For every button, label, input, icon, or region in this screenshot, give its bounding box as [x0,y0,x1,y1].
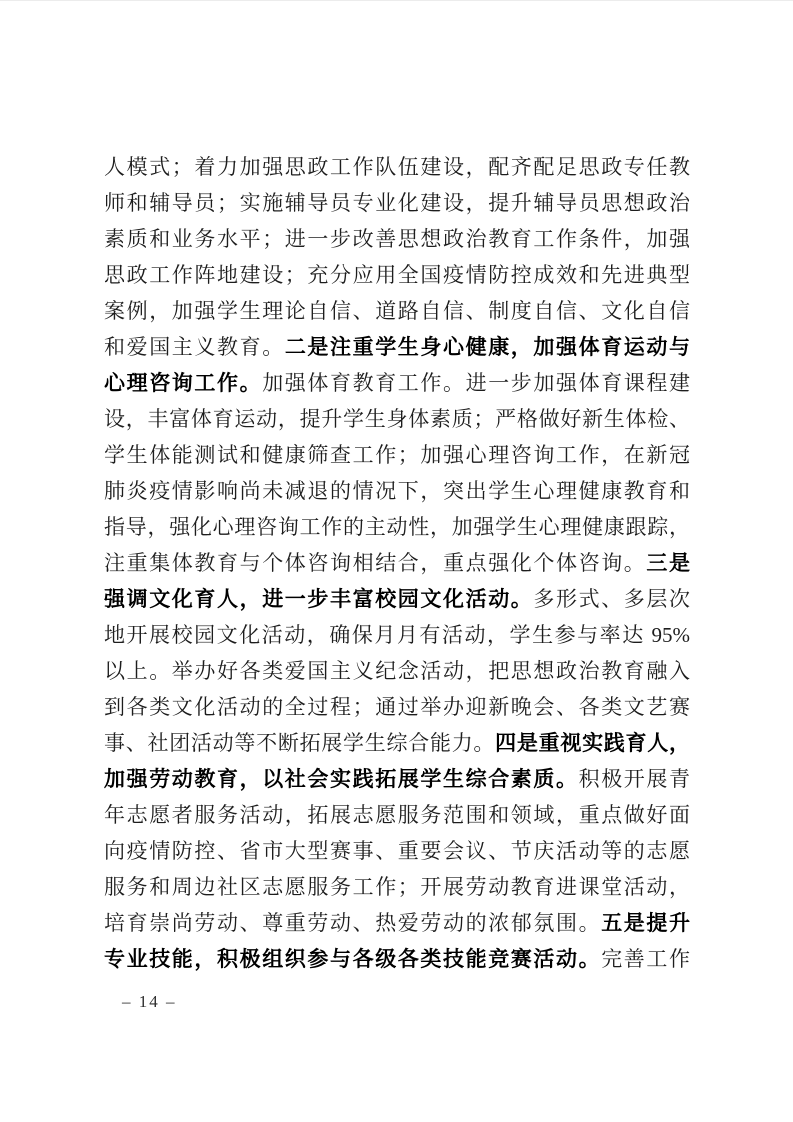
text-line: 注重集体教育与个体咨询相结合，重点强化个体咨询。三是 [104,545,690,581]
text-line: 设，丰富体育运动，提升学生身体素质；严格做好新生体检、 [104,401,690,437]
text-segment: 注重集体教育与个体咨询相结合，重点强化个体咨询。 [104,551,646,575]
text-line: 培育崇尚劳动、尊重劳动、热爱劳动的浓郁氛围。五是提升 [104,905,690,941]
text-segment: 指导，强化心理咨询工作的主动性，加强学生心理健康跟踪， [104,515,690,539]
page-number: – 14 – [122,991,177,1013]
emphasis-segment: 专业技能，积极组织参与各级各类技能竞赛活动。 [104,947,601,971]
emphasis-segment: 四是重视实践育人， [495,731,690,755]
text-segment: 以上。举办好各类爱国主义纪念活动，把思想政治教育融入 [104,659,690,683]
text-segment: 师和辅导员；实施辅导员专业化建设，提升辅导员思想政治 [104,191,690,215]
text-segment: 学生体能测试和健康筛查工作；加强心理咨询工作，在新冠 [104,443,690,467]
text-segment: 设，丰富体育运动，提升学生身体素质；严格做好新生体检、 [104,407,690,431]
emphasis-segment: 三是 [646,551,690,575]
text-segment: 案例，加强学生理论自信、道路自信、制度自信、文化自信 [104,299,690,323]
text-line: 学生体能测试和健康筛查工作；加强心理咨询工作，在新冠 [104,437,690,473]
text-line: 以上。举办好各类爱国主义纪念活动，把思想政治教育融入 [104,653,690,689]
text-line: 年志愿者服务活动，拓展志愿服务范围和领域，重点做好面 [104,797,690,833]
text-segment: 人模式；着力加强思政工作队伍建设，配齐配足思政专任教 [104,155,690,179]
text-segment: 肺炎疫情影响尚未减退的情况下，突出学生心理健康教育和 [104,479,690,503]
text-line: 素质和业务水平；进一步改善思想政治教育工作条件，加强 [104,221,690,257]
document-page: 人模式；着力加强思政工作队伍建设，配齐配足思政专任教 师和辅导员；实施辅导员专业… [0,0,793,1122]
emphasis-segment: 强调文化育人，进一步丰富校园文化活动。 [104,587,533,611]
text-segment: 培育崇尚劳动、尊重劳动、热爱劳动的浓郁氛围。 [104,911,601,935]
text-line: 师和辅导员；实施辅导员专业化建设，提升辅导员思想政治 [104,185,690,221]
text-segment: 到各类文化活动的全过程；通过举办迎新晚会、各类文艺赛 [104,695,690,719]
text-segment: 年志愿者服务活动，拓展志愿服务范围和领域，重点做好面 [104,803,690,827]
text-line: 加强劳动教育，以社会实践拓展学生综合素质。积极开展青 [104,761,690,797]
text-segment: 加强体育教育工作。进一步加强体育课程建 [262,371,690,395]
text-segment: 服务和周边社区志愿服务工作；开展劳动教育进课堂活动， [104,875,690,899]
text-line: 专业技能，积极组织参与各级各类技能竞赛活动。完善工作 [104,941,690,977]
text-line: 到各类文化活动的全过程；通过举办迎新晚会、各类文艺赛 [104,689,690,725]
text-segment: 地开展校园文化活动，确保月月有活动，学生参与率达 95% [104,623,690,647]
text-segment: 思政工作阵地建设；充分应用全国疫情防控成效和先进典型 [104,263,690,287]
text-line: 指导，强化心理咨询工作的主动性，加强学生心理健康跟踪， [104,509,690,545]
text-segment: 积极开展青 [579,767,690,791]
text-line: 思政工作阵地建设；充分应用全国疫情防控成效和先进典型 [104,257,690,293]
body-text: 人模式；着力加强思政工作队伍建设，配齐配足思政专任教 师和辅导员；实施辅导员专业… [104,149,690,977]
text-segment: 多形式、多层次 [533,587,690,611]
emphasis-segment: 心理咨询工作。 [104,371,262,395]
text-line: 强调文化育人，进一步丰富校园文化活动。多形式、多层次 [104,581,690,617]
text-line: 案例，加强学生理论自信、道路自信、制度自信、文化自信 [104,293,690,329]
text-segment: 向疫情防控、省市大型赛事、重要会议、节庆活动等的志愿 [104,839,690,863]
text-line: 心理咨询工作。加强体育教育工作。进一步加强体育课程建 [104,365,690,401]
text-segment: 完善工作 [601,947,690,971]
emphasis-segment: 加强劳动教育，以社会实践拓展学生综合素质。 [104,767,579,791]
text-line: 和爱国主义教育。二是注重学生身心健康，加强体育运动与 [104,329,690,365]
text-segment: 素质和业务水平；进一步改善思想政治教育工作条件，加强 [104,227,690,251]
text-line: 服务和周边社区志愿服务工作；开展劳动教育进课堂活动， [104,869,690,905]
text-line: 人模式；着力加强思政工作队伍建设，配齐配足思政专任教 [104,149,690,185]
text-line: 地开展校园文化活动，确保月月有活动，学生参与率达 95% [104,617,690,653]
text-line: 向疫情防控、省市大型赛事、重要会议、节庆活动等的志愿 [104,833,690,869]
text-line: 肺炎疫情影响尚未减退的情况下，突出学生心理健康教育和 [104,473,690,509]
text-segment: 和爱国主义教育。 [104,335,285,359]
emphasis-segment: 五是提升 [601,911,690,935]
text-line: 事、社团活动等不断拓展学生综合能力。四是重视实践育人， [104,725,690,761]
text-segment: 事、社团活动等不断拓展学生综合能力。 [104,731,495,755]
emphasis-segment: 二是注重学生身心健康，加强体育运动与 [285,335,690,359]
